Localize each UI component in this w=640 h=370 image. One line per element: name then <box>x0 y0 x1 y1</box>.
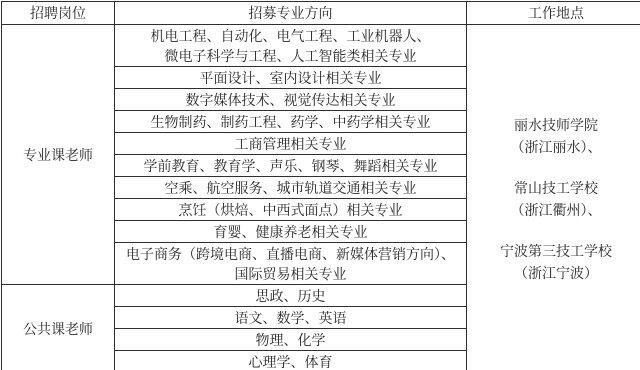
majors-cell: 学前教育、教育学、声乐、钢琴、舞蹈相关专业 <box>115 155 467 177</box>
location-name: 丽水技师学院 <box>467 114 640 136</box>
majors-line: 国际贸易相关专业 <box>115 264 466 284</box>
location-region: （浙江宁波） <box>467 262 640 284</box>
majors-cell: 育婴、健康养老相关专业 <box>115 221 467 243</box>
recruitment-table-screenshot: 招聘岗位 招募专业方向 工作地点 专业课老师 机电工程、自动化、电气工程、工业机… <box>0 0 640 370</box>
location-region: （浙江丽水）、 <box>467 136 640 158</box>
locations-cell: 丽水技师学院 （浙江丽水）、 常山技工学校 （浙江衢州）、 宁波第三技工学校 （… <box>467 25 640 370</box>
majors-cell: 心理学、体育 <box>115 351 467 370</box>
majors-cell: 电子商务（跨境电商、直播电商、新媒体营销方向）、 国际贸易相关专业 <box>115 243 467 285</box>
majors-cell: 空乘、航空服务、城市轨道交通相关专业 <box>115 177 467 199</box>
recruitment-table: 招聘岗位 招募专业方向 工作地点 专业课老师 机电工程、自动化、电气工程、工业机… <box>1 1 640 370</box>
majors-cell: 思政、历史 <box>115 285 467 307</box>
location-name: 常山技工学校 <box>467 177 640 199</box>
majors-cell: 烹饪（烘焙、中西式面点）相关专业 <box>115 199 467 221</box>
header-majors: 招募专业方向 <box>115 2 467 25</box>
majors-line: 电子商务（跨境电商、直播电商、新媒体营销方向）、 <box>115 244 466 264</box>
header-location: 工作地点 <box>467 2 640 25</box>
majors-cell: 生物制药、制药工程、药学、中药学相关专业 <box>115 111 467 133</box>
majors-cell: 数字媒体技术、视觉传达相关专业 <box>115 89 467 111</box>
table-row: 专业课老师 机电工程、自动化、电气工程、工业机器人、 微电子科学与工程、人工智能… <box>2 25 640 67</box>
locations-list: 丽水技师学院 （浙江丽水）、 常山技工学校 （浙江衢州）、 宁波第三技工学校 （… <box>467 114 640 284</box>
location-region: （浙江衢州）、 <box>467 199 640 221</box>
position-cell-specialized-teacher: 专业课老师 <box>2 25 115 285</box>
majors-cell: 平面设计、室内设计相关专业 <box>115 67 467 89</box>
majors-line: 机电工程、自动化、电气工程、工业机器人、 <box>115 26 466 46</box>
majors-cell: 工商管理相关专业 <box>115 133 467 155</box>
majors-cell: 物理、化学 <box>115 329 467 351</box>
location-item: 丽水技师学院 （浙江丽水）、 <box>467 114 640 158</box>
header-position: 招聘岗位 <box>2 2 115 25</box>
majors-cell: 机电工程、自动化、电气工程、工业机器人、 微电子科学与工程、人工智能类相关专业 <box>115 25 467 67</box>
majors-line: 微电子科学与工程、人工智能类相关专业 <box>115 46 466 66</box>
location-name: 宁波第三技工学校 <box>467 240 640 262</box>
position-cell-public-teacher: 公共课老师 <box>2 285 115 370</box>
location-item: 常山技工学校 （浙江衢州）、 <box>467 177 640 221</box>
location-item: 宁波第三技工学校 （浙江宁波） <box>467 240 640 284</box>
table-header-row: 招聘岗位 招募专业方向 工作地点 <box>2 2 640 25</box>
majors-cell: 语文、数学、英语 <box>115 307 467 329</box>
